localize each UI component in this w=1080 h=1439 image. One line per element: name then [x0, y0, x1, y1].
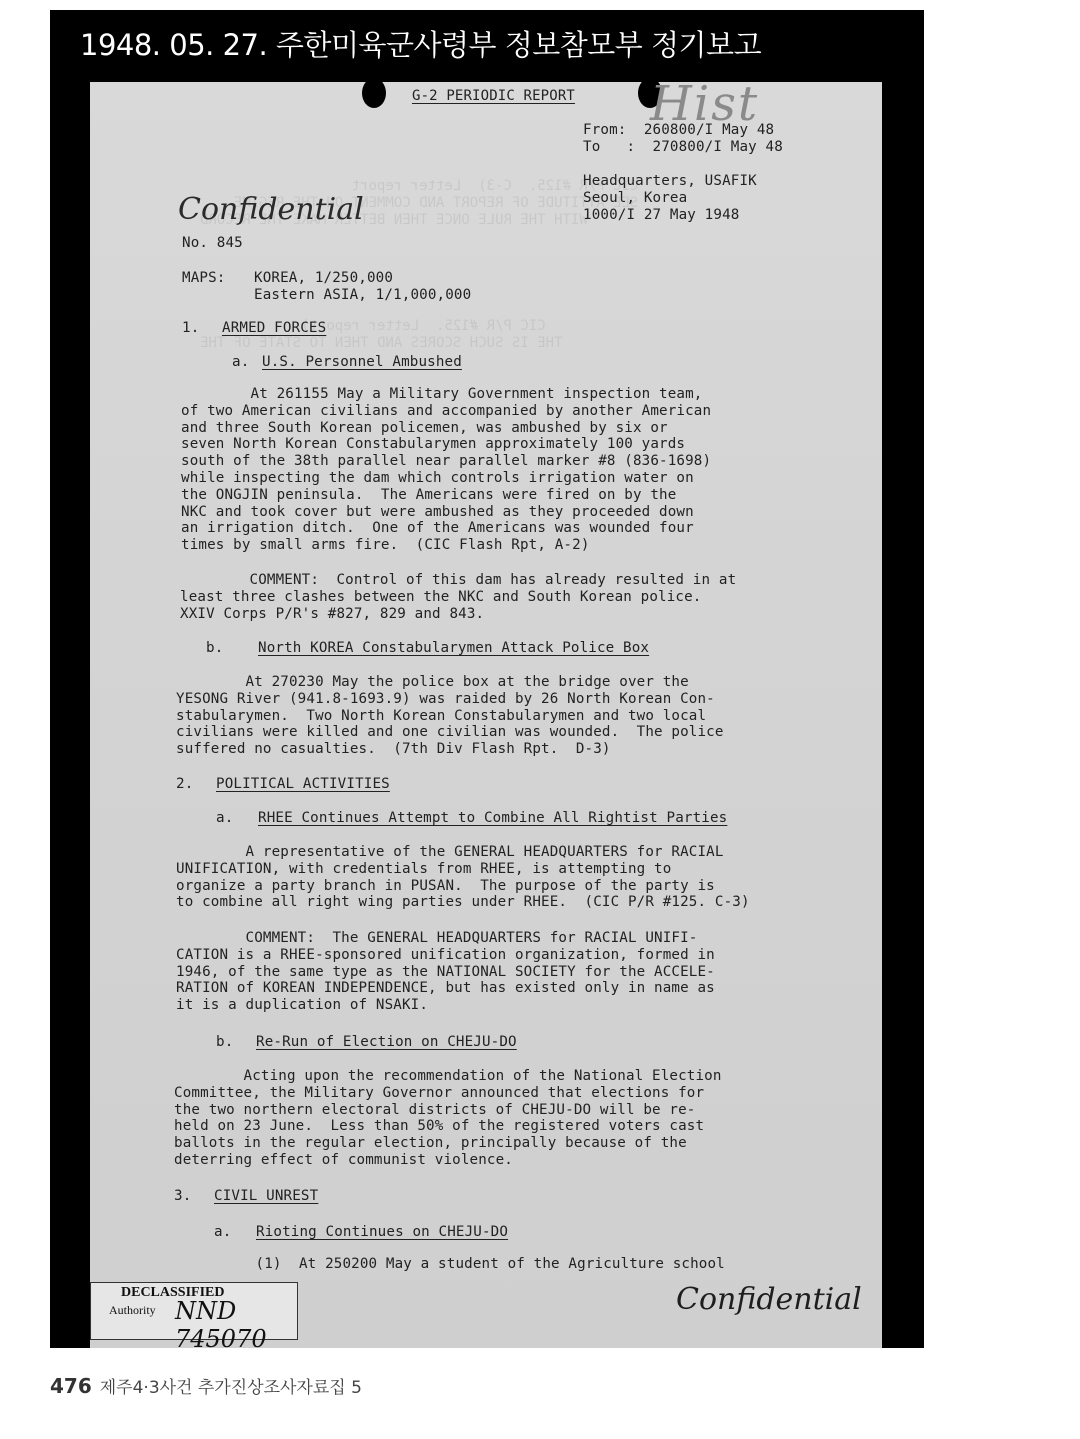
- page-footer: 476제주4·3사건 추가진상조사자료집 5: [50, 1373, 362, 1398]
- item-heading: Re-Run of Election on CHEJU-DO: [256, 1034, 517, 1051]
- item-heading: North KOREA Constabularymen Attack Polic…: [258, 640, 649, 657]
- handwritten-confidential-top: Confidential: [178, 192, 364, 227]
- map-entry: Eastern ASIA, 1/1,000,000: [254, 287, 471, 304]
- maps-label: MAPS:: [182, 270, 225, 287]
- document-scan: CIC P/R #125. C-3) Letter report SEE ATT…: [90, 82, 882, 1348]
- paragraph: At 261155 May a Military Government insp…: [181, 386, 711, 554]
- paragraph: (1) At 250200 May a student of the Agric…: [186, 1256, 725, 1273]
- period-to: To : 270800/I May 48: [583, 139, 783, 156]
- item-heading: Rioting Continues on CHEJU-DO: [256, 1224, 508, 1241]
- item-letter: a.: [214, 1224, 231, 1241]
- page-title: 1948. 05. 27. 주한미육군사령부 정보참모부 정기보고: [50, 10, 924, 82]
- handwritten-confidential-bottom: Confidential: [676, 1282, 862, 1317]
- paragraph: At 270230 May the police box at the brid…: [176, 674, 724, 758]
- report-number: No. 845: [182, 235, 243, 252]
- item-letter: b.: [206, 640, 223, 657]
- section-number: 2.: [176, 776, 193, 793]
- item-letter: a.: [232, 354, 249, 371]
- map-entry: KOREA, 1/250,000: [254, 270, 393, 287]
- origin-line: 1000/I 27 May 1948: [583, 207, 739, 224]
- section-heading: ARMED FORCES: [222, 320, 326, 337]
- stamp-authority-label: Authority: [109, 1303, 156, 1318]
- section-number: 3.: [174, 1188, 191, 1205]
- stamp-authority-value: NND 745070: [175, 1297, 297, 1353]
- comment-paragraph: COMMENT: Control of this dam has already…: [180, 572, 736, 622]
- paragraph: A representative of the GENERAL HEADQUAR…: [176, 844, 750, 911]
- origin-line: Headquarters, USAFIK: [583, 173, 757, 190]
- section-number: 1.: [182, 320, 199, 337]
- item-heading: U.S. Personnel Ambushed: [262, 354, 462, 371]
- paragraph: Acting upon the recommendation of the Na…: [174, 1068, 722, 1169]
- declassified-stamp: DECLASSIFIED Authority NND 745070: [90, 1282, 298, 1340]
- book-title: 제주4·3사건 추가진상조사자료집 5: [100, 1378, 362, 1398]
- item-heading: RHEE Continues Attempt to Combine All Ri…: [258, 810, 727, 827]
- item-letter: b.: [216, 1034, 233, 1051]
- period-from: From: 260800/I May 48: [583, 122, 774, 139]
- section-heading: POLITICAL ACTIVITIES: [216, 776, 390, 793]
- item-letter: a.: [216, 810, 233, 827]
- comment-paragraph: COMMENT: The GENERAL HEADQUARTERS for RA…: [176, 930, 715, 1014]
- report-title: G-2 PERIODIC REPORT: [412, 88, 575, 105]
- origin-line: Seoul, Korea: [583, 190, 687, 207]
- section-heading: CIVIL UNREST: [214, 1188, 318, 1205]
- page-number: 476: [50, 1374, 92, 1398]
- punch-hole: [362, 82, 386, 108]
